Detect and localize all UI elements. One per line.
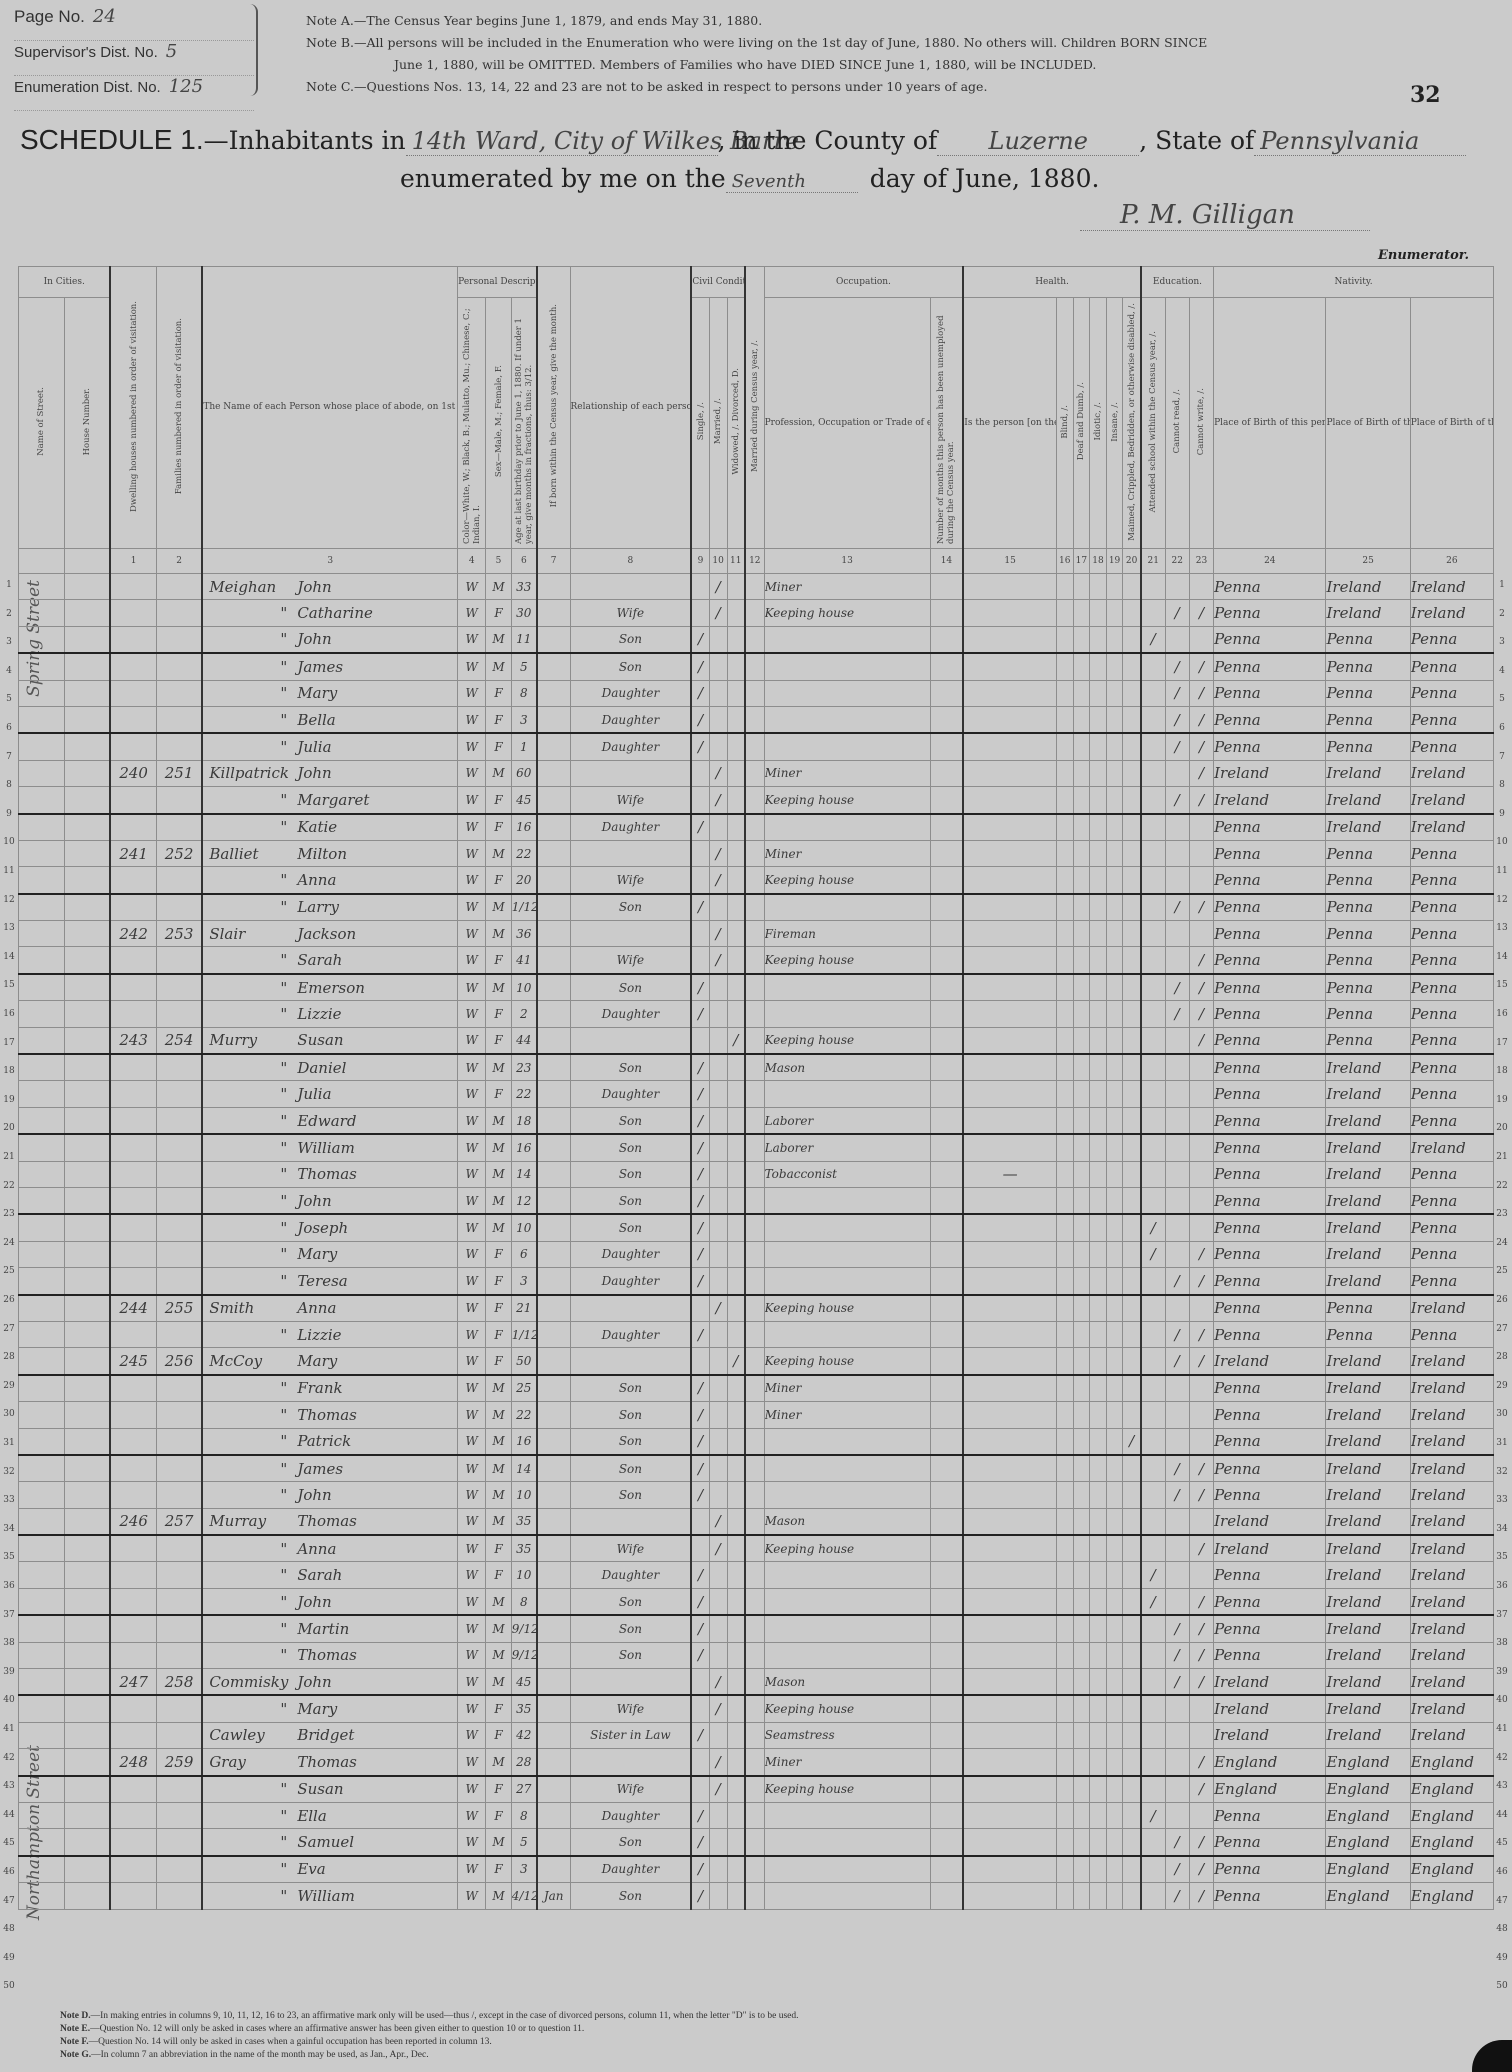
married-year-mark [745, 1241, 764, 1267]
insane-mark [1106, 574, 1123, 600]
table-row: "LarryWM1/12Son///PennaPennaPenna [19, 894, 1494, 921]
birthplace-cell: Penna [1214, 626, 1326, 653]
deaf-mark [1073, 733, 1090, 760]
birth-month-cell [537, 706, 570, 733]
birth-month-cell [537, 1722, 570, 1748]
sex-cell: F [486, 867, 512, 894]
given-name: Mary [297, 1245, 337, 1263]
single-mark [691, 787, 709, 814]
given-name: Susan [297, 1031, 343, 1049]
birthplace-cell: Penna [1214, 1455, 1326, 1482]
mother-birthplace-cell: England [1410, 1749, 1493, 1776]
colnum: 24 [1214, 549, 1326, 574]
dwelling-number [110, 1321, 156, 1347]
table-row: "BellaWF3Daughter///PennaPennaPenna [19, 706, 1494, 733]
idiotic-mark [1090, 1241, 1107, 1267]
widowed-mark [727, 1776, 745, 1803]
line-number: 28 [1494, 1352, 1510, 1362]
cannot-write-mark [1189, 1722, 1213, 1748]
surname: " [209, 1139, 297, 1157]
color-cell: W [458, 1187, 486, 1214]
married-year-mark [745, 1054, 764, 1081]
cannot-read-mark: / [1165, 894, 1189, 921]
cannot-write-mark: / [1189, 653, 1213, 680]
occupation-cell [764, 626, 930, 653]
group-header-row: In Cities. Dwelling houses numbered in o… [19, 267, 1494, 298]
colnum: 4 [458, 549, 486, 574]
blind-mark [1056, 1776, 1073, 1803]
sex-cell: M [486, 1829, 512, 1856]
family-number [156, 1214, 202, 1241]
cannot-read-mark [1165, 947, 1189, 974]
married-mark: / [709, 600, 727, 626]
surname: " [209, 1833, 297, 1851]
maimed-mark [1123, 1749, 1141, 1776]
occupation-cell [764, 1321, 930, 1347]
age-cell: 3 [511, 1268, 537, 1295]
color-cell: W [458, 1695, 486, 1722]
school-mark: / [1141, 1214, 1165, 1241]
idiotic-mark [1090, 1883, 1107, 1909]
deaf-mark [1073, 1348, 1090, 1375]
sex-cell: M [486, 1508, 512, 1535]
table-row: "AnnaWF20Wife/Keeping housePennaPennaPen… [19, 867, 1494, 894]
married-mark: / [709, 1776, 727, 1803]
surname: " [209, 1005, 297, 1023]
birth-month-cell [537, 787, 570, 814]
school-mark [1141, 1161, 1165, 1187]
person-name: "Mary [202, 1695, 457, 1722]
school-mark [1141, 840, 1165, 866]
given-name: James [297, 1460, 343, 1478]
unemployed-cell [930, 1001, 963, 1027]
house-cell [64, 574, 110, 600]
color-cell: W [458, 1161, 486, 1187]
table-row: "JamesWM5Son///PennaPennaPenna [19, 653, 1494, 680]
house-cell [64, 921, 110, 947]
relationship-cell: Son [570, 1482, 691, 1508]
widowed-mark [727, 1883, 745, 1909]
married-year-mark [745, 1348, 764, 1375]
father-birthplace-cell: Ireland [1326, 1187, 1410, 1214]
line-number: 39 [2, 1667, 16, 1677]
dwelling-number [110, 787, 156, 814]
blind-mark [1056, 840, 1073, 866]
house-cell [64, 733, 110, 760]
age-cell: 22 [511, 1081, 537, 1107]
table-row: "JamesWM14Son///PennaIrelandIreland [19, 1455, 1494, 1482]
line-number: 1 [2, 580, 16, 590]
maimed-mark [1123, 1642, 1141, 1668]
birthplace-cell: Penna [1214, 1321, 1326, 1347]
table-row: 242253SlairJacksonWM36/FiremanPennaPenna… [19, 921, 1494, 947]
widowed-mark [727, 840, 745, 866]
age-cell: 41 [511, 947, 537, 974]
street-cell [19, 840, 65, 866]
father-birthplace-cell: England [1326, 1776, 1410, 1803]
dwelling-number [110, 626, 156, 653]
maimed-mark [1123, 1375, 1141, 1402]
idiotic-mark [1090, 1321, 1107, 1347]
mother-birthplace-cell: Penna [1410, 840, 1493, 866]
given-name: Emerson [297, 979, 365, 997]
father-birthplace-cell: Penna [1326, 894, 1410, 921]
birth-month-cell [537, 1027, 570, 1054]
widowed-mark [727, 653, 745, 680]
surname: " [209, 658, 297, 676]
given-name: Thomas [297, 1646, 357, 1664]
sex-cell: M [486, 1642, 512, 1668]
married-mark: / [709, 787, 727, 814]
street-cell [19, 1508, 65, 1535]
birthplace-cell: Ireland [1214, 760, 1326, 786]
school-mark [1141, 1669, 1165, 1696]
blind-mark [1056, 1134, 1073, 1161]
blind-mark [1056, 1187, 1073, 1214]
sickness-cell [963, 1802, 1056, 1828]
school-mark [1141, 787, 1165, 814]
father-birthplace-cell: Ireland [1326, 1562, 1410, 1588]
birth-month-cell [537, 733, 570, 760]
sex-cell: F [486, 1802, 512, 1828]
street-cell [19, 1161, 65, 1187]
widowed-mark [727, 1802, 745, 1828]
color-cell: W [458, 1588, 486, 1615]
table-row: "WilliamWM4/12JanSon///PennaEnglandEngla… [19, 1883, 1494, 1909]
cannot-write-mark: / [1189, 1883, 1213, 1909]
birth-month-cell [537, 1802, 570, 1828]
surname: " [209, 1059, 297, 1077]
sex-cell: M [486, 760, 512, 786]
insane-mark [1106, 1081, 1123, 1107]
cannot-read-mark: / [1165, 1268, 1189, 1295]
single-mark: / [691, 1081, 709, 1107]
occupation-cell: Miner [764, 1375, 930, 1402]
mother-birthplace-cell: Ireland [1410, 1375, 1493, 1402]
widowed-mark [727, 1615, 745, 1642]
unemployed-cell [930, 1214, 963, 1241]
insane-mark [1106, 706, 1123, 733]
relationship-cell: Wife [570, 787, 691, 814]
mother-birthplace-cell: Penna [1410, 1001, 1493, 1027]
father-birthplace-cell: Ireland [1326, 1134, 1410, 1161]
married-year-mark [745, 947, 764, 974]
deaf-mark [1073, 626, 1090, 653]
idiotic-mark [1090, 1268, 1107, 1295]
house-cell [64, 1535, 110, 1562]
cannot-write-mark [1189, 814, 1213, 841]
table-row: "JohnWM12Son/PennaIrelandPenna [19, 1187, 1494, 1214]
family-number [156, 1134, 202, 1161]
birth-month-cell [537, 921, 570, 947]
unemployed-cell [930, 626, 963, 653]
maimed-mark [1123, 1802, 1141, 1828]
deaf-mark [1073, 787, 1090, 814]
single-mark: / [691, 1134, 709, 1161]
table-row: "MaryWF35Wife/Keeping houseIrelandIrelan… [19, 1695, 1494, 1722]
birthplace-cell: Ireland [1214, 1695, 1326, 1722]
birth-month-cell [537, 653, 570, 680]
deaf-mark [1073, 1081, 1090, 1107]
surname: " [209, 1486, 297, 1504]
mother-birthplace-cell: Penna [1410, 626, 1493, 653]
cannot-write-mark [1189, 1402, 1213, 1428]
insane-mark [1106, 974, 1123, 1001]
table-row: "KatieWF16Daughter/PennaIrelandIreland [19, 814, 1494, 841]
insane-mark [1106, 1535, 1123, 1562]
blind-mark [1056, 1001, 1073, 1027]
column-number-row: 1 2 3 4 5 6 7 8 9 10 11 12 13 14 15 16 1 [19, 549, 1494, 574]
married-year-mark [745, 1562, 764, 1588]
line-number: 44 [2, 1810, 16, 1820]
blind-mark [1056, 1829, 1073, 1856]
idiotic-mark [1090, 574, 1107, 600]
occupation-cell [764, 733, 930, 760]
dwelling-number: 247 [110, 1669, 156, 1696]
family-number [156, 1187, 202, 1214]
person-name: "William [202, 1134, 457, 1161]
birth-month-cell [537, 1428, 570, 1455]
street-cell [19, 1588, 65, 1615]
cannot-write-mark: / [1189, 706, 1213, 733]
birth-month-cell [537, 867, 570, 894]
maimed-mark [1123, 760, 1141, 786]
father-birthplace-cell: Ireland [1326, 1669, 1410, 1696]
insane-mark [1106, 1669, 1123, 1696]
col-mother-birthplace: Place of Birth of the MOTHER of this per… [1410, 298, 1493, 549]
school-mark: / [1141, 1588, 1165, 1615]
mother-birthplace-cell: Penna [1410, 974, 1493, 1001]
widowed-mark [727, 974, 745, 1001]
line-number: 19 [2, 1095, 16, 1105]
person-name: "Bella [202, 706, 457, 733]
sickness-cell [963, 1829, 1056, 1856]
blind-mark [1056, 1669, 1073, 1696]
cannot-write-mark: / [1189, 1321, 1213, 1347]
married-mark [709, 1455, 727, 1482]
given-name: Lizzie [297, 1005, 341, 1023]
birth-month-cell [537, 680, 570, 706]
line-number: 15 [2, 980, 16, 990]
insane-mark [1106, 600, 1123, 626]
color-cell: W [458, 600, 486, 626]
insane-mark [1106, 1615, 1123, 1642]
father-birthplace-cell: Ireland [1326, 787, 1410, 814]
line-number: 38 [1494, 1638, 1510, 1648]
blind-mark [1056, 626, 1073, 653]
father-birthplace-cell: Ireland [1326, 1455, 1410, 1482]
insane-mark [1106, 1588, 1123, 1615]
birth-month-cell [537, 1482, 570, 1508]
married-year-mark [745, 1268, 764, 1295]
age-cell: 36 [511, 921, 537, 947]
surname: McCoy [209, 1352, 297, 1370]
cannot-write-mark: / [1189, 1348, 1213, 1375]
occupation-cell [764, 1187, 930, 1214]
cannot-read-mark: / [1165, 600, 1189, 626]
table-row: "SarahWF41Wife/Keeping house/PennaPennaP… [19, 947, 1494, 974]
widowed-mark [727, 921, 745, 947]
father-birthplace-cell: Penna [1326, 706, 1410, 733]
house-cell [64, 947, 110, 974]
school-mark [1141, 1001, 1165, 1027]
married-year-mark [745, 1161, 764, 1187]
family-number [156, 1107, 202, 1134]
insane-mark [1106, 1856, 1123, 1883]
widowed-mark [727, 1268, 745, 1295]
birthplace-cell: Penna [1214, 1001, 1326, 1027]
table-row: 246257MurrayThomasWM35/MasonIrelandIrela… [19, 1508, 1494, 1535]
unemployed-cell [930, 680, 963, 706]
deaf-mark [1073, 1883, 1090, 1909]
person-name: "Anna [202, 1535, 457, 1562]
unemployed-cell [930, 947, 963, 974]
widowed-mark [727, 626, 745, 653]
line-number: 6 [1494, 723, 1510, 733]
color-cell: W [458, 1402, 486, 1428]
married-year-mark [745, 787, 764, 814]
father-birthplace-cell: Ireland [1326, 1642, 1410, 1668]
cannot-read-mark: / [1165, 1856, 1189, 1883]
line-number: 49 [1494, 1953, 1510, 1963]
family-number [156, 680, 202, 706]
enumerator-signature: P. M. Gilligan [1080, 200, 1370, 231]
idiotic-mark [1090, 921, 1107, 947]
maimed-mark [1123, 1695, 1141, 1722]
single-mark [691, 840, 709, 866]
col-birth-month: If born within the Census year, give the… [537, 267, 570, 549]
dwelling-number [110, 680, 156, 706]
birthplace-cell: Penna [1214, 1428, 1326, 1455]
idiotic-mark [1090, 1054, 1107, 1081]
father-birthplace-cell: Penna [1326, 947, 1410, 974]
deaf-mark [1073, 1642, 1090, 1668]
deaf-mark [1073, 1107, 1090, 1134]
street-cell [19, 1669, 65, 1696]
colnum: 19 [1106, 549, 1123, 574]
age-cell: 16 [511, 1134, 537, 1161]
line-number: 47 [2, 1896, 16, 1906]
person-name: "Joseph [202, 1214, 457, 1241]
line-number: 37 [1494, 1610, 1510, 1620]
maimed-mark [1123, 1402, 1141, 1428]
father-birthplace-cell: England [1326, 1802, 1410, 1828]
state-name: Pennsylvania [1254, 127, 1466, 156]
birthplace-cell: Penna [1214, 1482, 1326, 1508]
maimed-mark [1123, 894, 1141, 921]
family-number [156, 1428, 202, 1455]
relationship-cell: Son [570, 626, 691, 653]
given-name: Thomas [297, 1512, 357, 1530]
father-birthplace-cell: Penna [1326, 840, 1410, 866]
cannot-write-mark [1189, 1107, 1213, 1134]
sickness-cell [963, 1134, 1056, 1161]
idiotic-mark [1090, 1027, 1107, 1054]
surname: " [209, 1112, 297, 1130]
unemployed-cell [930, 1295, 963, 1322]
note-e: Note E.—Question No. 12 will only be ask… [60, 2023, 799, 2036]
col-father-birthplace: Place of Birth of the FATHER of this per… [1326, 298, 1410, 549]
house-cell [64, 1669, 110, 1696]
deaf-mark [1073, 1508, 1090, 1535]
person-name: "James [202, 1455, 457, 1482]
given-name: Mary [297, 684, 337, 702]
line-number: 18 [1494, 1066, 1510, 1076]
person-name: "Samuel [202, 1829, 457, 1856]
given-name: Patrick [297, 1432, 351, 1450]
relationship-cell: Daughter [570, 1856, 691, 1883]
relationship-cell: Daughter [570, 1001, 691, 1027]
line-number: 41 [1494, 1724, 1510, 1734]
house-cell [64, 1588, 110, 1615]
insane-mark [1106, 1321, 1123, 1347]
school-mark [1141, 1749, 1165, 1776]
unemployed-cell [930, 1829, 963, 1856]
cannot-read-mark: / [1165, 787, 1189, 814]
married-mark [709, 1856, 727, 1883]
person-name: "James [202, 653, 457, 680]
family-number: 253 [156, 921, 202, 947]
married-year-mark [745, 1802, 764, 1828]
line-number: 27 [2, 1324, 16, 1334]
blind-mark [1056, 947, 1073, 974]
widowed-mark [727, 867, 745, 894]
maimed-mark [1123, 1027, 1141, 1054]
table-row: "LizzieWF1/12Daughter///PennaPennaPenna [19, 1321, 1494, 1347]
street-cell [19, 1241, 65, 1267]
cannot-read-mark: / [1165, 680, 1189, 706]
street-cell [19, 1535, 65, 1562]
sex-cell: F [486, 1856, 512, 1883]
married-year-mark [745, 1214, 764, 1241]
sex-cell: F [486, 706, 512, 733]
given-name: Thomas [297, 1406, 357, 1424]
sex-cell: M [486, 1482, 512, 1508]
married-year-mark [745, 974, 764, 1001]
unemployed-cell [930, 1455, 963, 1482]
mother-birthplace-cell: Ireland [1410, 1695, 1493, 1722]
maimed-mark [1123, 787, 1141, 814]
given-name: Katie [297, 818, 337, 836]
maimed-mark [1123, 1321, 1141, 1347]
dwelling-number [110, 600, 156, 626]
line-number: 23 [2, 1209, 16, 1219]
age-cell: 16 [511, 814, 537, 841]
widowed-mark [727, 1054, 745, 1081]
family-number [156, 626, 202, 653]
widowed-mark [727, 1214, 745, 1241]
line-number: 31 [1494, 1438, 1510, 1448]
unemployed-cell [930, 600, 963, 626]
age-cell: 5 [511, 653, 537, 680]
street-cell [19, 1455, 65, 1482]
house-cell [64, 1375, 110, 1402]
page-number-line: Page No. 24 [14, 6, 254, 41]
father-birthplace-cell: Ireland [1326, 1722, 1410, 1748]
street-cell [19, 626, 65, 653]
line-number: 9 [2, 809, 16, 819]
family-number: 259 [156, 1749, 202, 1776]
married-year-mark [745, 1669, 764, 1696]
birth-month-cell [537, 1669, 570, 1696]
person-name: "Lizzie [202, 1321, 457, 1347]
house-cell [64, 653, 110, 680]
house-cell [64, 1027, 110, 1054]
sex-cell: M [486, 840, 512, 866]
birth-month-cell [537, 626, 570, 653]
age-cell: 16 [511, 1428, 537, 1455]
married-year-mark [745, 1829, 764, 1856]
